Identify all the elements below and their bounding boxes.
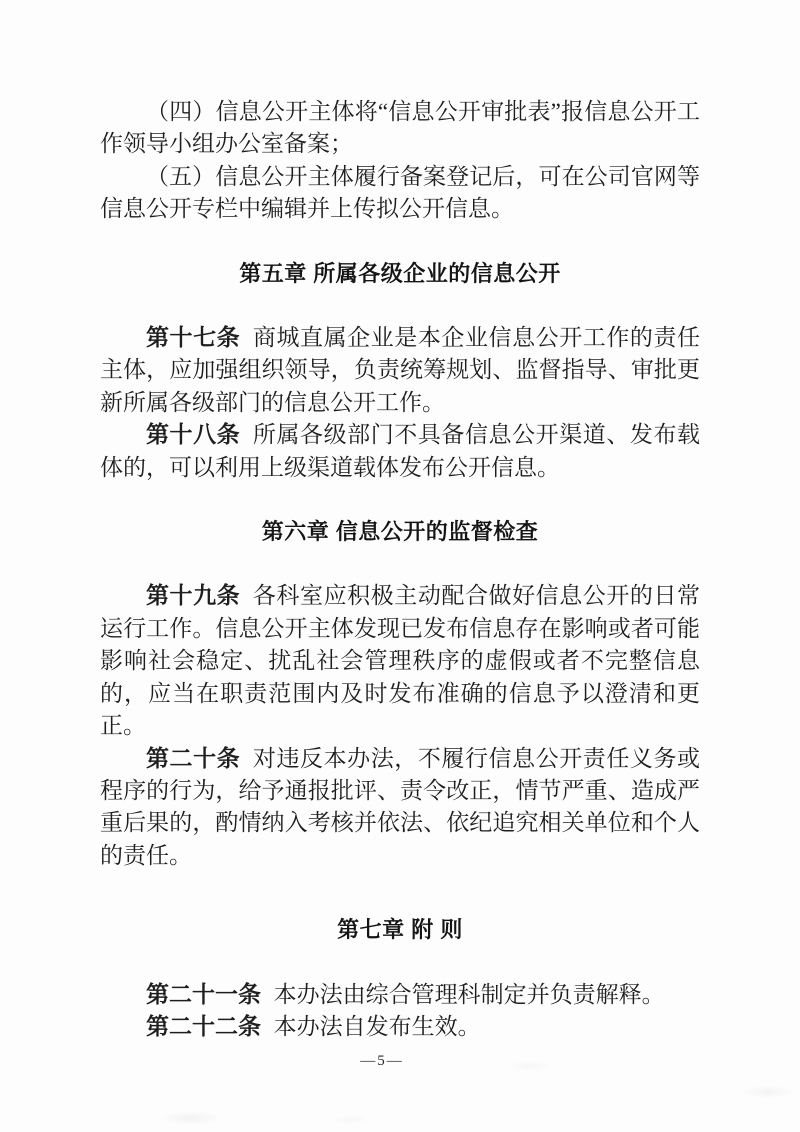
- article-17-number: 第十七条: [146, 325, 240, 350]
- article-19-number: 第十九条: [146, 583, 240, 608]
- document-body: （四）信息公开主体将“信息公开审批表”报信息公开工作领导小组办公室备案； （五）…: [100, 96, 700, 1043]
- chapter-6-heading: 第六章 信息公开的监督检查: [100, 516, 700, 548]
- intro-clause-4: （四）信息公开主体将“信息公开审批表”报信息公开工作领导小组办公室备案；: [100, 96, 700, 161]
- article-20-number: 第二十条: [146, 746, 240, 771]
- article-22-number: 第二十二条: [146, 1014, 261, 1039]
- article-19-paragraph: 第十九条各科室应积极主动配合做好信息公开的日常运行工作。信息公开主体发现已发布信…: [100, 580, 700, 742]
- chapter-5-heading: 第五章 所属各级企业的信息公开: [100, 258, 700, 290]
- scanned-document-page: （四）信息公开主体将“信息公开审批表”报信息公开工作领导小组办公室备案； （五）…: [0, 0, 800, 1132]
- page-number: —5—: [0, 1053, 800, 1070]
- intro-clause-5: （五）信息公开主体履行备案登记后，可在公司官网等信息公开专栏中编辑并上传拟公开信…: [100, 161, 700, 226]
- article-21-text: 本办法由综合管理科制定并负责解释。: [274, 982, 665, 1007]
- article-18-number: 第十八条: [146, 422, 240, 447]
- chapter-7-heading: 第七章 附 则: [100, 914, 700, 946]
- article-21-number: 第二十一条: [146, 982, 261, 1007]
- article-22-paragraph: 第二十二条本办法自发布生效。: [100, 1011, 700, 1043]
- article-18-paragraph: 第十八条所属各级部门不具备信息公开渠道、发布载体的，可以利用上级渠道载体发布公开…: [100, 419, 700, 484]
- article-20-paragraph: 第二十条对违反本办法，不履行信息公开责任义务或程序的行为，给予通报批评、责令改正…: [100, 743, 700, 873]
- article-21-paragraph: 第二十一条本办法由综合管理科制定并负责解释。: [100, 979, 700, 1011]
- article-22-text: 本办法自发布生效。: [274, 1014, 481, 1039]
- article-17-paragraph: 第十七条商城直属企业是本企业信息公开工作的责任主体，应加强组织领导，负责统筹规划…: [100, 322, 700, 419]
